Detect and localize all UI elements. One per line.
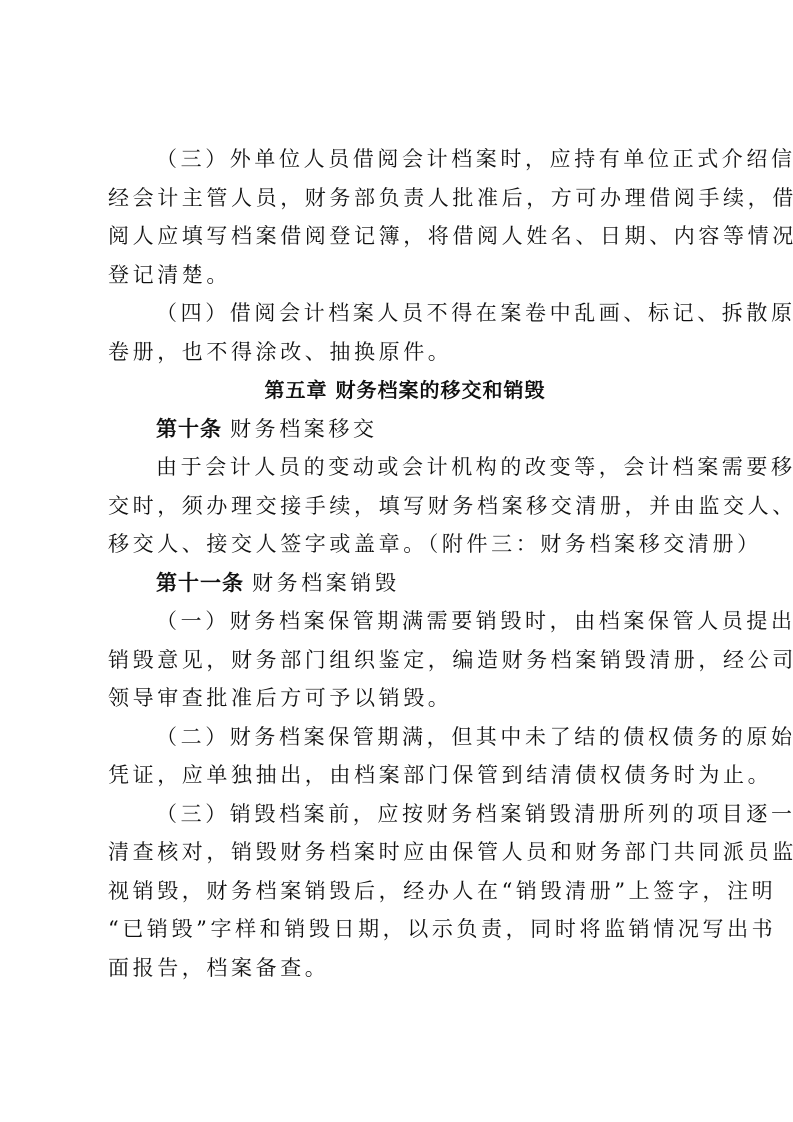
- text-line: “已销毁”字样和销毁日期，以示负责，同时将监销情况写出书: [108, 910, 702, 949]
- article-11-heading: 第十一条财务档案销毁: [108, 564, 702, 603]
- article-title: 财务档案移交: [230, 417, 378, 441]
- text-line: 移交人、接交人签字或盖章。（附件三：财务档案移交清册）: [108, 525, 702, 564]
- article-title: 财务档案销毁: [252, 571, 400, 595]
- text-line: 经会计主管人员，财务部负责人批准后，方可办理借阅手续，借: [108, 179, 702, 218]
- text-line: 阅人应填写档案借阅登记簿，将借阅人姓名、日期、内容等情况: [108, 217, 702, 256]
- text-line: 交时，须办理交接手续，填写财务档案移交清册，并由监交人、: [108, 487, 702, 526]
- text-line: （二）财务档案保管期满，但其中未了结的债权债务的原始: [108, 718, 702, 757]
- text-line: 由于会计人员的变动或会计机构的改变等，会计档案需要移: [108, 448, 702, 487]
- text-line: 销毁意见，财务部门组织鉴定，编造财务档案销毁清册，经公司: [108, 641, 702, 680]
- paragraph-borrow-item-3: （三）外单位人员借阅会计档案时，应持有单位正式介绍信， 经会计主管人员，财务部负…: [108, 140, 702, 294]
- text-line: （三）外单位人员借阅会计档案时，应持有单位正式介绍信，: [108, 140, 702, 179]
- article-10-heading: 第十条财务档案移交: [108, 410, 702, 449]
- text-line: 清查核对，销毁财务档案时应由保管人员和财务部门共同派员监: [108, 833, 702, 872]
- article-11-item-2: （二）财务档案保管期满，但其中未了结的债权债务的原始 凭证，应单独抽出，由档案部…: [108, 718, 702, 795]
- article-number: 第十条: [156, 417, 222, 441]
- text-line: （三）销毁档案前，应按财务档案销毁清册所列的项目逐一: [108, 795, 702, 834]
- article-11-item-3: （三）销毁档案前，应按财务档案销毁清册所列的项目逐一 清查核对，销毁财务档案时应…: [108, 795, 702, 988]
- text-line: 登记清楚。: [108, 256, 702, 295]
- paragraph-borrow-item-4: （四）借阅会计档案人员不得在案卷中乱画、标记、拆散原 卷册，也不得涂改、抽换原件…: [108, 294, 702, 371]
- text-line: （一）财务档案保管期满需要销毁时，由档案保管人员提出: [108, 602, 702, 641]
- text-line: 领导审查批准后方可予以销毁。: [108, 679, 702, 718]
- text-line: 面报告，档案备查。: [108, 949, 702, 988]
- text-line: 卷册，也不得涂改、抽换原件。: [108, 333, 702, 372]
- article-number: 第十一条: [156, 571, 244, 595]
- chapter-heading: 第五章 财务档案的移交和销毁: [108, 371, 702, 410]
- text-line: 凭证，应单独抽出，由档案部门保管到结清债权债务时为止。: [108, 756, 702, 795]
- article-11-item-1: （一）财务档案保管期满需要销毁时，由档案保管人员提出 销毁意见，财务部门组织鉴定…: [108, 602, 702, 718]
- text-line: （四）借阅会计档案人员不得在案卷中乱画、标记、拆散原: [108, 294, 702, 333]
- text-line: 视销毁，财务档案销毁后，经办人在“销毁清册”上签字，注明: [108, 872, 702, 911]
- document-page: （三）外单位人员借阅会计档案时，应持有单位正式介绍信， 经会计主管人员，财务部负…: [108, 140, 702, 987]
- article-10-body: 由于会计人员的变动或会计机构的改变等，会计档案需要移 交时，须办理交接手续，填写…: [108, 448, 702, 564]
